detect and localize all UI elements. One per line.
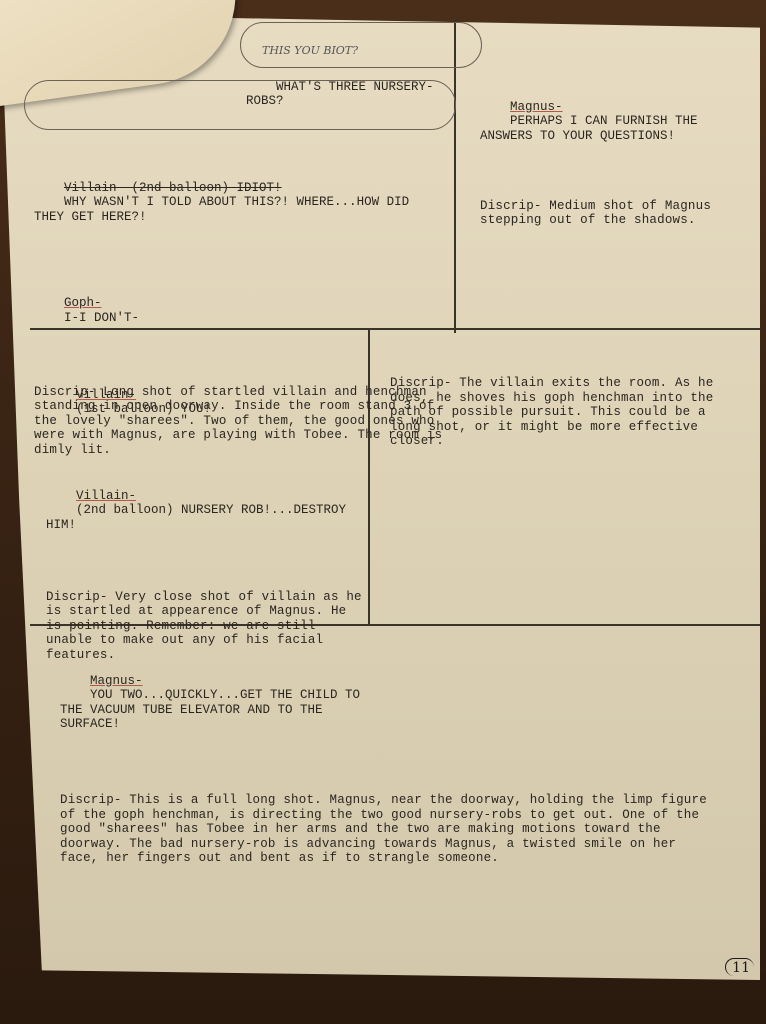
shot-description: Discrip- Medium shot of Magnus stepping … <box>480 199 750 228</box>
panel-2: Magnus- PERHAPS I CAN FURNISH THE ANSWER… <box>480 56 750 252</box>
dialogue-line: WHY WASN'T I TOLD ABOUT THIS?! WHERE...H… <box>34 195 417 224</box>
dialogue-line: YOU TWO...QUICKLY...GET THE CHILD TO THE… <box>60 688 368 731</box>
speaker-label: Villain- <box>76 388 136 402</box>
speaker-label: Villain- <box>76 489 136 503</box>
dialogue-line: (1st balloon) YOU! <box>76 402 211 416</box>
panel-5: Magnus- YOU TWO...QUICKLY...GET THE CHIL… <box>60 630 720 890</box>
dialogue-line: WHAT'S THREE NURSERY-ROBS? <box>246 80 434 109</box>
dialogue-line: I-I DON'T- <box>64 311 139 325</box>
speaker-label-struck: Villain- (2nd balloon) IDIOT! <box>64 181 282 195</box>
shot-description: Discrip- The villain exits the room. As … <box>390 376 740 449</box>
panel-4: Discrip- The villain exits the room. As … <box>390 347 740 473</box>
speaker-label: Goph- <box>64 296 102 310</box>
speaker-label: Magnus- <box>90 674 143 688</box>
shot-description: Discrip- This is a full long shot. Magnu… <box>60 793 720 866</box>
page-number: 11 <box>725 958 754 976</box>
dialogue-line: (2nd balloon) NURSERY ROB!...DESTROY HIM… <box>46 503 354 532</box>
speaker-label: Magnus- <box>510 100 563 114</box>
dialogue-line: PERHAPS I CAN FURNISH THE ANSWERS TO YOU… <box>480 114 705 143</box>
handwritten-note: THIS YOU BIOT? <box>262 44 358 57</box>
